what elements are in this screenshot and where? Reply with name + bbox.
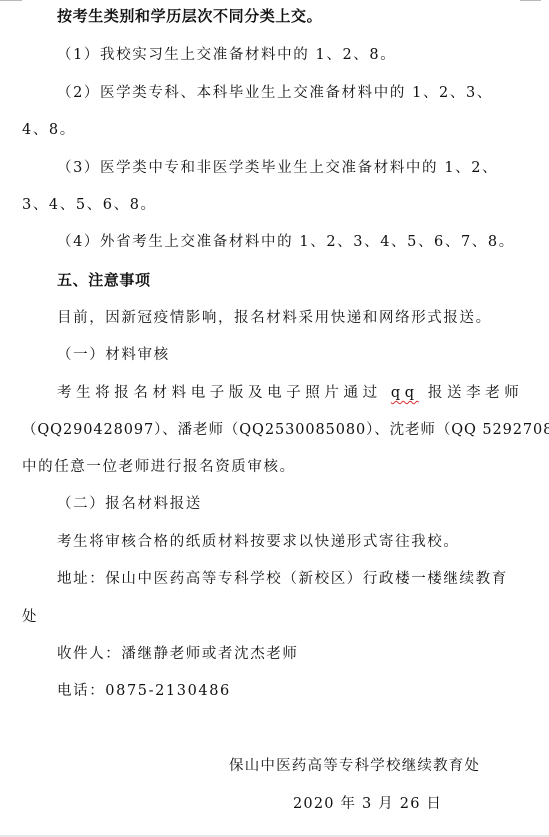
review-text-a: 考生将报名材料电子版及电子照片通过 — [57, 385, 382, 401]
paragraph-notice: 目前，因新冠疫情影响，报名材料采用快递和网络形式报送。 — [57, 308, 492, 328]
list-item-3-continued: 3、4、5、6、8。 — [22, 195, 157, 215]
paragraph-review-contacts: （QQ290428097）、潘老师（QQ2530085080）、沈老师（QQ 5… — [22, 420, 549, 440]
paragraph-delivery: 考生将审核合格的纸质材料按要求以快递形式寄往我校。 — [57, 532, 460, 552]
paragraph-intro: 按考生类别和学历层次不同分类上交。 — [57, 6, 322, 26]
section-heading-notes: 五、注意事项 — [57, 270, 151, 290]
signature-date: 2020 年 3 月 26 日 — [293, 794, 442, 814]
subheading-material-review: （一）材料审核 — [57, 345, 170, 365]
subheading-material-delivery: （二）报名材料报送 — [57, 494, 202, 514]
list-item-3: （3）医学类中专和非医学类毕业生上交准备材料中的 1、2、 — [57, 158, 498, 178]
list-item-4: （4）外省考生上交准备材料中的 1、2、3、4、5、6、7、8。 — [57, 232, 515, 252]
paragraph-review-line1: 考生将报名材料电子版及电子照片通过 qq 报送李老师 — [57, 383, 523, 403]
page-corner-mark-left — [0, 0, 22, 1]
paragraph-review-line3: 中的任意一位老师进行报名资质审核。 — [22, 457, 296, 477]
qq-spellcheck-word: qq — [391, 385, 419, 401]
address-line: 地址：保山中医药高等专科学校（新校区）行政楼一楼继续教育 — [57, 569, 508, 589]
signature-organization: 保山中医药高等专科学校继续教育处 — [229, 756, 480, 776]
phone-line: 电话：0875-2130486 — [57, 681, 231, 701]
page-corner-mark-right — [520, 0, 541, 1]
list-item-2: （2）医学类专科、本科毕业生上交准备材料中的 1、2、3、 — [57, 83, 493, 103]
list-item-2-continued: 4、8。 — [22, 120, 76, 140]
recipient-line: 收件人：潘继静老师或者沈杰老师 — [57, 644, 299, 664]
address-line-continued: 处 — [22, 607, 38, 627]
review-text-b: 报送李老师 — [428, 385, 524, 401]
list-item-1: （1）我校实习生上交准备材料中的 1、2、8。 — [57, 45, 396, 65]
